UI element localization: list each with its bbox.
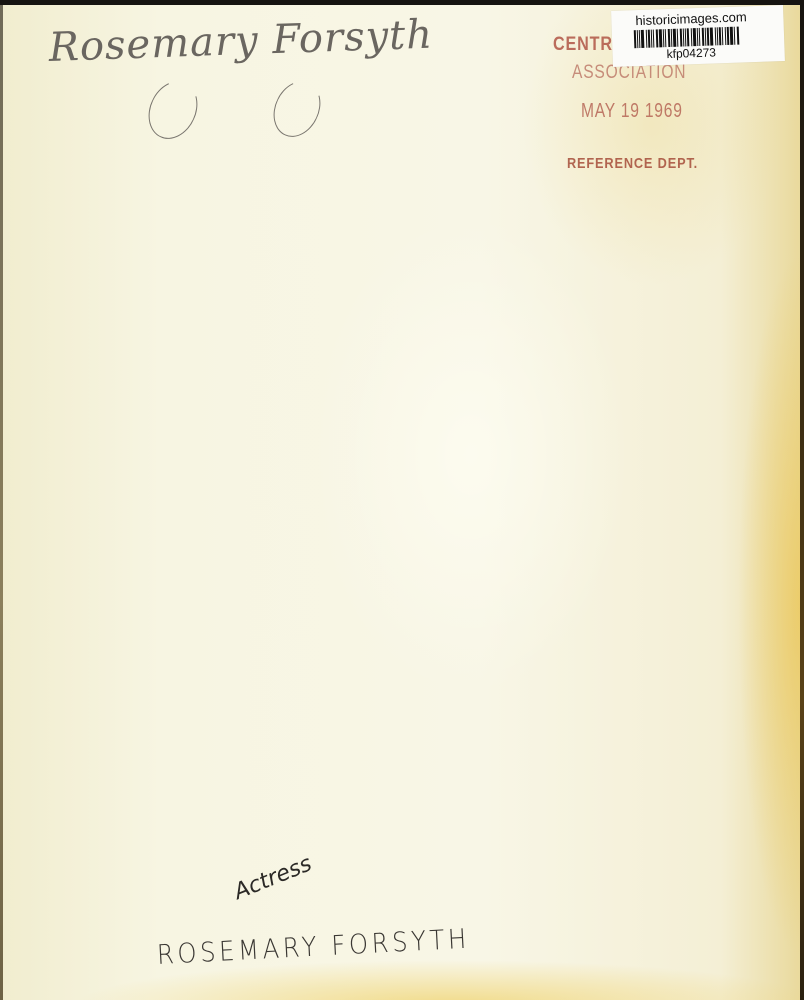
barcode-icon — [634, 26, 761, 48]
label-item-id: kfp04273 — [666, 45, 716, 61]
label-site-name: historicimages.com — [635, 9, 747, 28]
stamp-reference-dept: REFERENCE DEPT. — [567, 155, 698, 172]
stamp-date: MAY 19 1969 — [581, 100, 683, 123]
archive-barcode-label: historicimages.com kfp04273 — [611, 5, 785, 67]
scan-border-left — [0, 5, 3, 1000]
scan-border-right — [800, 0, 804, 1000]
